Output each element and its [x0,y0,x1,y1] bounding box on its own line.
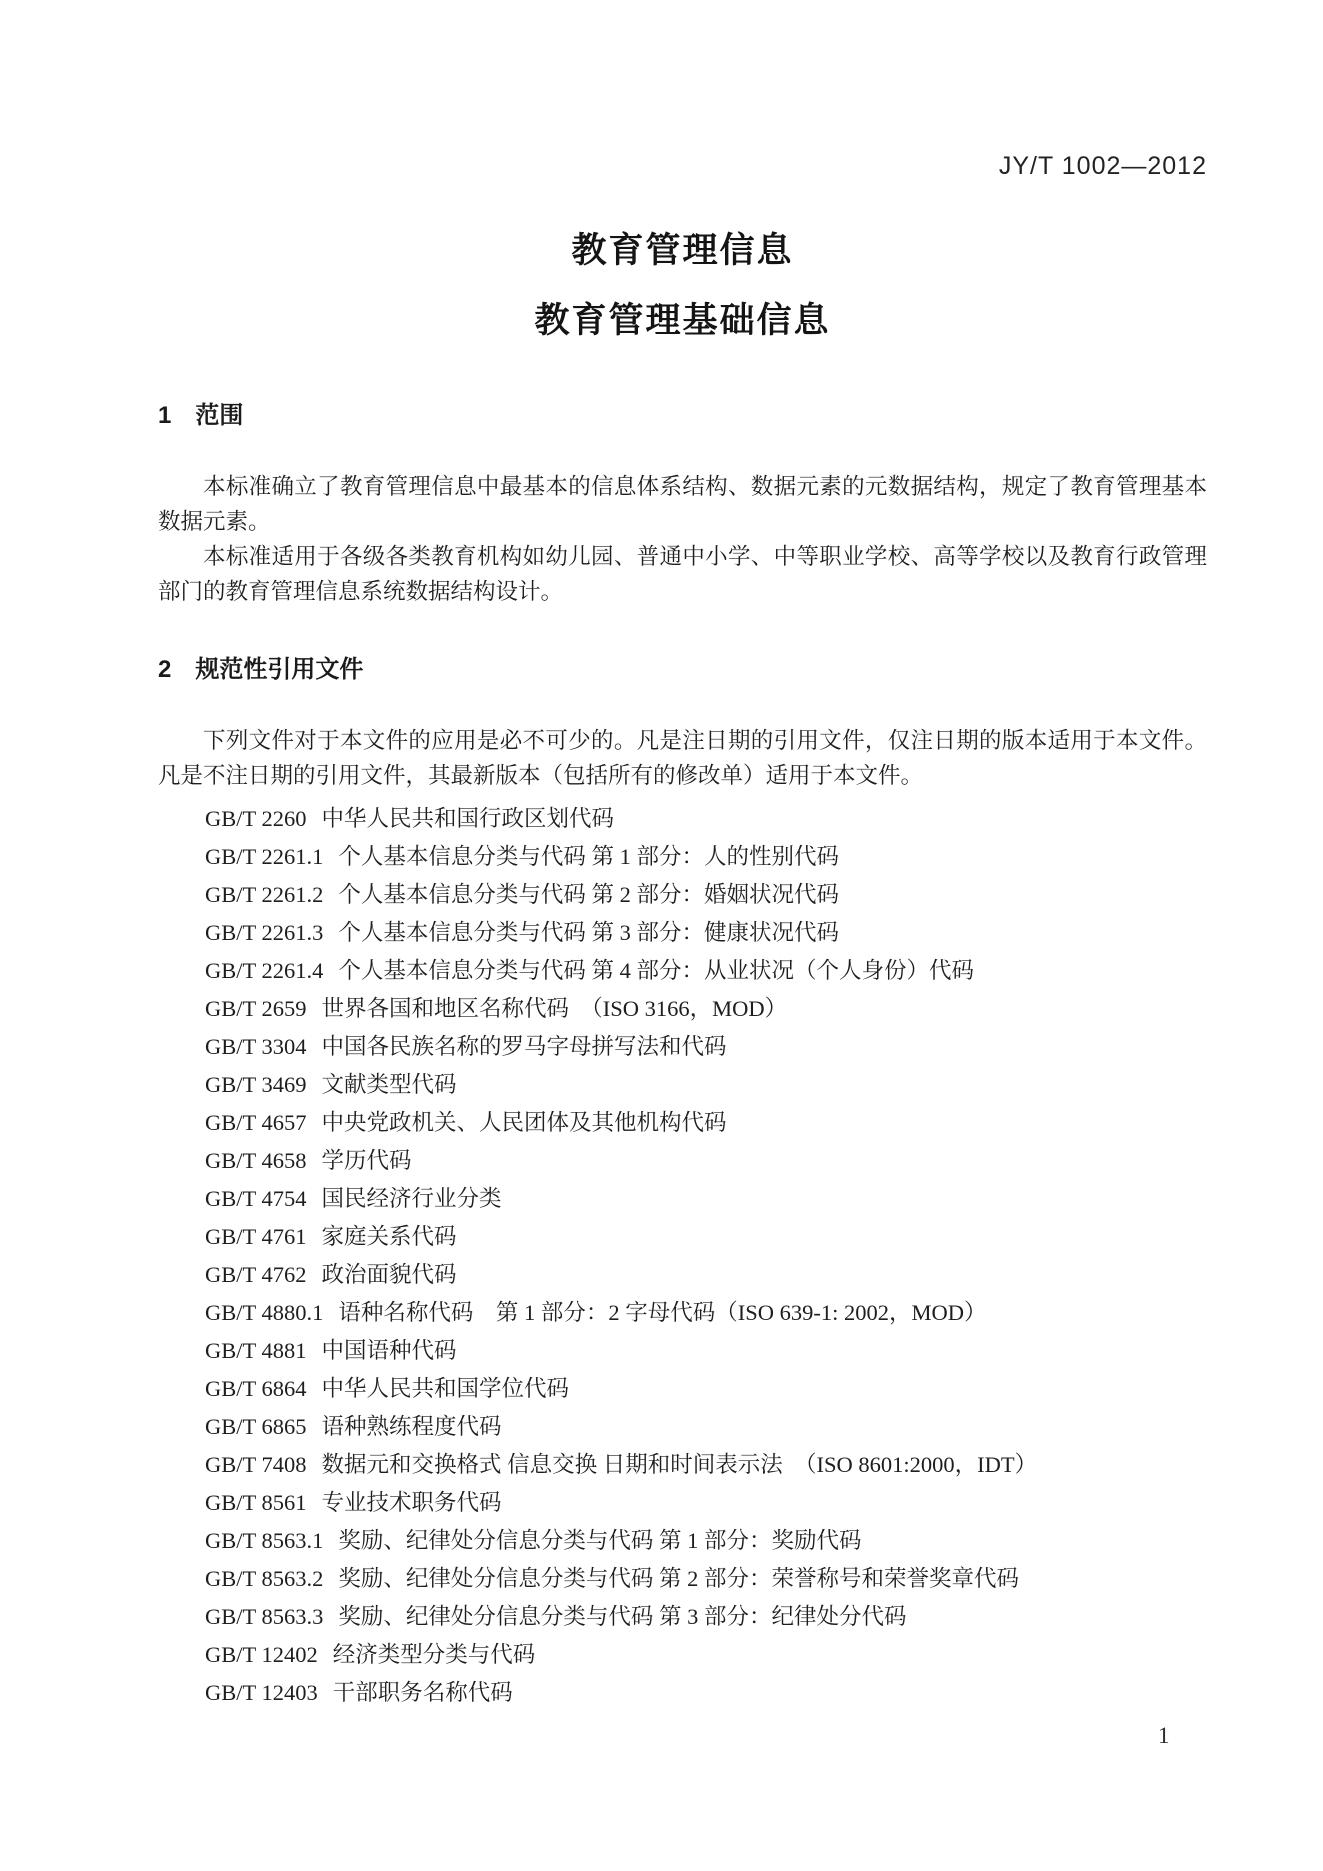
reference-item: GB/T 6864中华人民共和国学位代码 [205,1370,1207,1408]
reference-code: GB/T 3469 [205,1072,306,1097]
reference-title: 个人基本信息分类与代码 第 3 部分：健康状况代码 [338,920,839,945]
reference-title: 中国语种代码 [321,1338,456,1363]
reference-code: GB/T 8563.1 [205,1528,323,1553]
reference-title: 中华人民共和国行政区划代码 [321,806,614,831]
reference-title: 个人基本信息分类与代码 第 4 部分：从业状况（个人身份）代码 [338,958,974,983]
section-2-heading: 2规范性引用文件 [158,655,1207,685]
section-2-number: 2 [158,656,171,683]
reference-title: 经济类型分类与代码 [333,1642,536,1667]
reference-code: GB/T 4762 [205,1262,306,1287]
reference-item: GB/T 4658学历代码 [205,1142,1207,1180]
reference-title: 国民经济行业分类 [321,1186,501,1211]
reference-title: 奖励、纪律处分信息分类与代码 第 2 部分：荣誉称号和荣誉奖章代码 [338,1566,1019,1591]
section-1-title: 范围 [195,402,243,429]
reference-code: GB/T 4880.1 [205,1300,323,1325]
reference-title: 数据元和交换格式 信息交换 日期和时间表示法 （ISO 8601:2000，ID… [321,1452,1037,1477]
reference-code: GB/T 4658 [205,1148,306,1173]
reference-item: GB/T 4880.1语种名称代码 第 1 部分：2 字母代码（ISO 639-… [205,1294,1207,1332]
reference-code: GB/T 4754 [205,1186,306,1211]
references-intro-paragraph: 下列文件对于本文件的应用是必不可少的。凡是注日期的引用文件，仅注日期的版本适用于… [158,723,1207,793]
page-number: 1 [1158,1722,1170,1750]
reference-code: GB/T 8563.3 [205,1604,323,1629]
reference-title: 干部职务名称代码 [333,1680,513,1705]
reference-item: GB/T 2260中华人民共和国行政区划代码 [205,800,1207,838]
reference-item: GB/T 8563.2奖励、纪律处分信息分类与代码 第 2 部分：荣誉称号和荣誉… [205,1560,1207,1598]
document-title-line1: 教育管理信息 [158,229,1207,273]
reference-code: GB/T 2261.2 [205,882,323,907]
reference-title: 中国各民族名称的罗马字母拼写法和代码 [321,1034,726,1059]
reference-title: 专业技术职务代码 [321,1490,501,1515]
scope-paragraph-1: 本标准确立了教育管理信息中最基本的信息体系结构、数据元素的元数据结构，规定了教育… [158,469,1207,539]
reference-item: GB/T 4881中国语种代码 [205,1332,1207,1370]
reference-title: 奖励、纪律处分信息分类与代码 第 1 部分：奖励代码 [338,1528,861,1553]
scope-paragraph-2: 本标准适用于各级各类教育机构如幼儿园、普通中小学、中等职业学校、高等学校以及教育… [158,539,1207,609]
reference-code: GB/T 12403 [205,1680,318,1705]
reference-item: GB/T 2261.4个人基本信息分类与代码 第 4 部分：从业状况（个人身份）… [205,952,1207,990]
reference-title: 语种名称代码 第 1 部分：2 字母代码（ISO 639-1: 2002，MOD… [338,1300,986,1325]
reference-title: 语种熟练程度代码 [321,1414,501,1439]
document-page: JY/T 1002—2012 教育管理信息 教育管理基础信息 1范围 本标准确立… [0,0,1323,1871]
reference-code: GB/T 3304 [205,1034,306,1059]
section-1-heading: 1范围 [158,401,1207,431]
reference-code: GB/T 4657 [205,1110,306,1135]
reference-title: 中央党政机关、人民团体及其他机构代码 [321,1110,726,1135]
reference-item: GB/T 7408数据元和交换格式 信息交换 日期和时间表示法 （ISO 860… [205,1446,1207,1484]
reference-item: GB/T 2261.3个人基本信息分类与代码 第 3 部分：健康状况代码 [205,914,1207,952]
reference-code: GB/T 7408 [205,1452,306,1477]
reference-code: GB/T 2260 [205,806,306,831]
reference-code: GB/T 2261.1 [205,844,323,869]
section-2-title: 规范性引用文件 [195,656,363,683]
reference-item: GB/T 3469文献类型代码 [205,1066,1207,1104]
standard-number: JY/T 1002—2012 [158,150,1207,182]
reference-item: GB/T 4754国民经济行业分类 [205,1180,1207,1218]
reference-code: GB/T 2261.4 [205,958,323,983]
document-title-line2: 教育管理基础信息 [158,299,1207,343]
reference-title: 政治面貌代码 [321,1262,456,1287]
reference-title: 学历代码 [321,1148,411,1173]
reference-title: 世界各国和地区名称代码 （ISO 3166，MOD） [321,996,787,1021]
reference-item: GB/T 4762政治面貌代码 [205,1256,1207,1294]
reference-code: GB/T 12402 [205,1642,318,1667]
reference-item: GB/T 4761家庭关系代码 [205,1218,1207,1256]
reference-item: GB/T 8563.1奖励、纪律处分信息分类与代码 第 1 部分：奖励代码 [205,1522,1207,1560]
reference-code: GB/T 4881 [205,1338,306,1363]
reference-title: 中华人民共和国学位代码 [321,1376,569,1401]
reference-code: GB/T 2659 [205,996,306,1021]
section-1-number: 1 [158,402,171,429]
reference-item: GB/T 3304中国各民族名称的罗马字母拼写法和代码 [205,1028,1207,1066]
reference-item: GB/T 8561专业技术职务代码 [205,1484,1207,1522]
reference-item: GB/T 4657中央党政机关、人民团体及其他机构代码 [205,1104,1207,1142]
reference-item: GB/T 8563.3奖励、纪律处分信息分类与代码 第 3 部分：纪律处分代码 [205,1598,1207,1636]
reference-item: GB/T 2659世界各国和地区名称代码 （ISO 3166，MOD） [205,990,1207,1028]
references-list: GB/T 2260中华人民共和国行政区划代码GB/T 2261.1个人基本信息分… [158,800,1207,1712]
reference-item: GB/T 2261.1个人基本信息分类与代码 第 1 部分：人的性别代码 [205,838,1207,876]
reference-code: GB/T 2261.3 [205,920,323,945]
reference-item: GB/T 12403干部职务名称代码 [205,1674,1207,1712]
reference-title: 奖励、纪律处分信息分类与代码 第 3 部分：纪律处分代码 [338,1604,906,1629]
reference-code: GB/T 8563.2 [205,1566,323,1591]
reference-code: GB/T 6865 [205,1414,306,1439]
reference-title: 个人基本信息分类与代码 第 2 部分：婚姻状况代码 [338,882,839,907]
reference-code: GB/T 8561 [205,1490,306,1515]
reference-code: GB/T 6864 [205,1376,306,1401]
reference-item: GB/T 2261.2个人基本信息分类与代码 第 2 部分：婚姻状况代码 [205,876,1207,914]
reference-item: GB/T 12402经济类型分类与代码 [205,1636,1207,1674]
reference-code: GB/T 4761 [205,1224,306,1249]
reference-item: GB/T 6865语种熟练程度代码 [205,1408,1207,1446]
reference-title: 个人基本信息分类与代码 第 1 部分：人的性别代码 [338,844,839,869]
reference-title: 文献类型代码 [321,1072,456,1097]
reference-title: 家庭关系代码 [321,1224,456,1249]
